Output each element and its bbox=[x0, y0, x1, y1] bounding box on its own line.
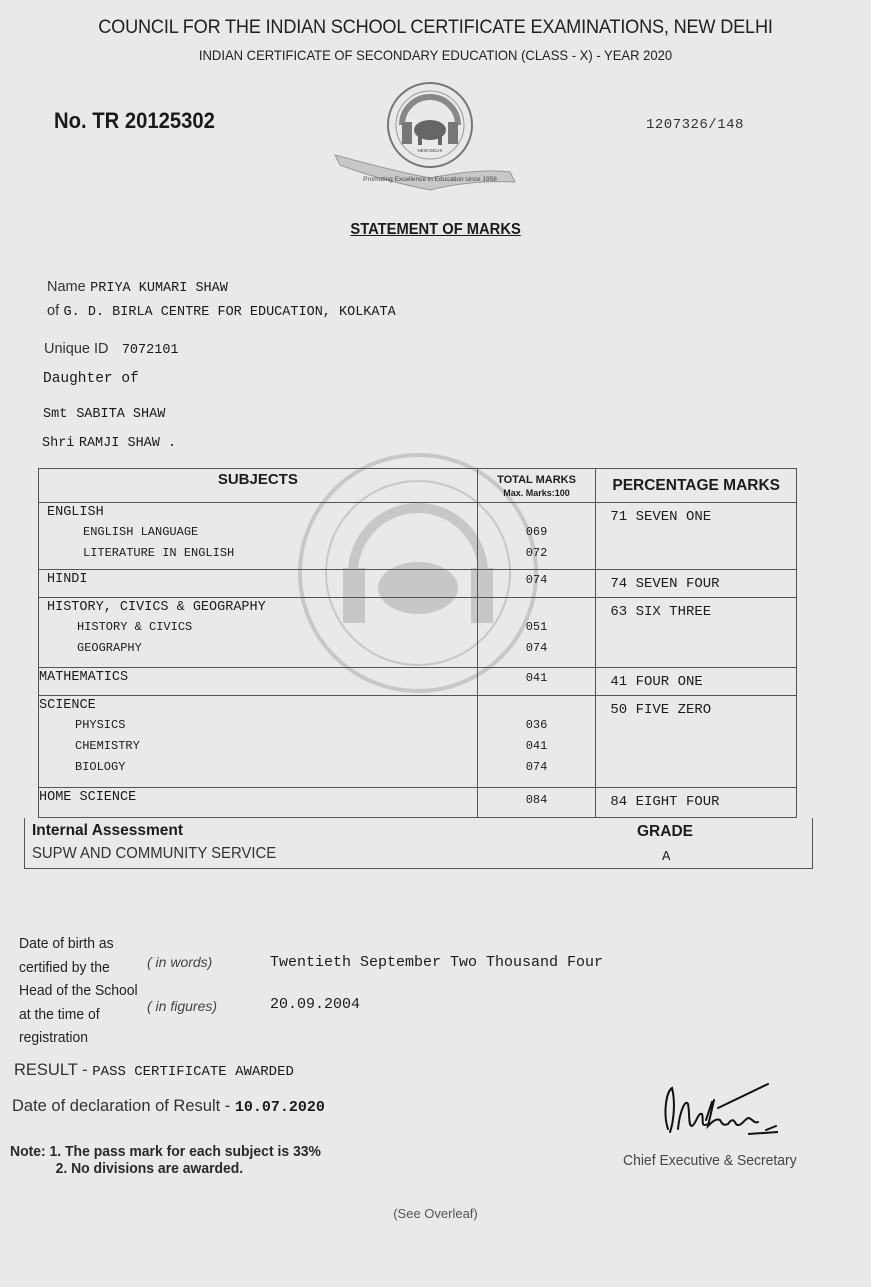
table-header: SUBJECTS TOTAL MARKS Max. Marks:100 PERC… bbox=[39, 469, 797, 503]
school-name: G. D. BIRLA CENTRE FOR EDUCATION, KOLKAT… bbox=[64, 305, 396, 320]
header-subjects: SUBJECTS bbox=[39, 469, 478, 503]
table-row: HOME SCIENCE 084 84 EIGHT FOUR bbox=[39, 788, 797, 818]
relation-label: Daughter of bbox=[43, 371, 139, 387]
unique-id-row: Unique ID 7072101 bbox=[44, 340, 179, 358]
result-value: PASS CERTIFICATE AWARDED bbox=[92, 1064, 294, 1080]
cisce-logo-icon: Promoting Excellence in Education since … bbox=[330, 80, 530, 195]
name-row: Name PRIYA KUMARI SHAW bbox=[47, 278, 228, 296]
reference-number: 1207326/148 bbox=[646, 117, 744, 133]
header-percentage: PERCENTAGE MARKS bbox=[596, 469, 797, 503]
notes: Note: 1. The pass mark for each subject … bbox=[10, 1143, 321, 1177]
in-words-label: ( in words) bbox=[147, 954, 212, 970]
supw-grade: A bbox=[662, 849, 670, 865]
table-row: ENGLISHENGLISH LANGUAGELITERATURE IN ENG… bbox=[39, 503, 797, 570]
table-row: SCIENCEPHYSICSCHEMISTRYBIOLOGY 036041074… bbox=[39, 696, 797, 788]
declaration-row: Date of declaration of Result - 10.07.20… bbox=[12, 1097, 325, 1116]
candidate-name: PRIYA KUMARI SHAW bbox=[90, 281, 228, 296]
result-row: RESULT - PASS CERTIFICATE AWARDED bbox=[14, 1061, 294, 1080]
svg-text:Promoting Excellence in Educat: Promoting Excellence in Education since … bbox=[363, 176, 497, 183]
table-row: HISTORY, CIVICS & GEOGRAPHYHISTORY & CIV… bbox=[39, 598, 797, 668]
mother-name: SABITA SHAW bbox=[76, 407, 165, 422]
father-name: RAMJI SHAW . bbox=[79, 436, 176, 451]
school-row: of G. D. BIRLA CENTRE FOR EDUCATION, KOL… bbox=[47, 302, 396, 320]
certificate-number: No. TR 20125302 bbox=[54, 108, 215, 134]
internal-assessment-label: Internal Assessment bbox=[32, 822, 183, 840]
dob-in-figures: 20.09.2004 bbox=[270, 996, 360, 1013]
supw-label: SUPW AND COMMUNITY SERVICE bbox=[32, 845, 276, 863]
mother-row: Smt SABITA SHAW bbox=[43, 404, 165, 422]
table-row: HINDI 074 74 SEVEN FOUR bbox=[39, 570, 797, 598]
marks-table: SUBJECTS TOTAL MARKS Max. Marks:100 PERC… bbox=[38, 468, 797, 818]
grade-label: GRADE bbox=[637, 823, 693, 841]
see-overleaf: (See Overleaf) bbox=[0, 1206, 871, 1221]
signature-icon bbox=[648, 1074, 798, 1144]
svg-text:NEW DELHI: NEW DELHI bbox=[417, 148, 442, 153]
dob-in-words: Twentieth September Two Thousand Four bbox=[270, 954, 603, 971]
header-total-marks: TOTAL MARKS Max. Marks:100 bbox=[477, 469, 596, 503]
declaration-date: 10.07.2020 bbox=[235, 1099, 325, 1116]
table-row: MATHEMATICS 041 41 FOUR ONE bbox=[39, 668, 797, 696]
father-row: Shri RAMJI SHAW . bbox=[42, 433, 176, 451]
dob-label: Date of birth as certified by the Head o… bbox=[19, 932, 138, 1050]
statement-title: STATEMENT OF MARKS bbox=[0, 221, 871, 239]
in-figures-label: ( in figures) bbox=[147, 998, 217, 1014]
exam-title: INDIAN CERTIFICATE OF SECONDARY EDUCATIO… bbox=[30, 47, 840, 63]
council-title: COUNCIL FOR THE INDIAN SCHOOL CERTIFICAT… bbox=[30, 16, 840, 39]
unique-id: 7072101 bbox=[122, 343, 179, 358]
signatory-title: Chief Executive & Secretary bbox=[623, 1152, 797, 1169]
